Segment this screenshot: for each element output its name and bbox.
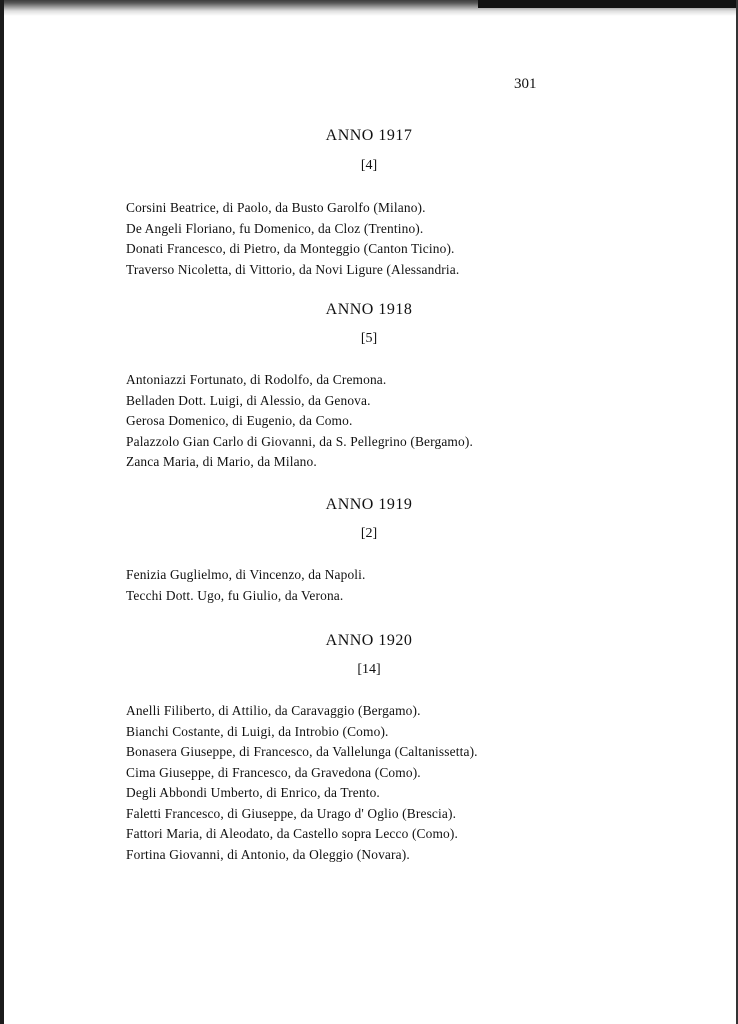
list-item: Zanca Maria, di Mario, da Milano. xyxy=(126,452,473,473)
section-count-1920: [14] xyxy=(0,662,738,678)
entry-list-1918: Antoniazzi Fortunato, di Rodolfo, da Cre… xyxy=(126,370,473,473)
list-item: Palazzolo Gian Carlo di Giovanni, da S. … xyxy=(126,432,473,453)
section-title-1920: ANNO 1920 xyxy=(0,632,738,650)
list-item: Donati Francesco, di Pietro, da Monteggi… xyxy=(126,239,459,260)
list-item: Faletti Francesco, di Giuseppe, da Urago… xyxy=(126,804,478,825)
list-item: Bonasera Giuseppe, di Francesco, da Vall… xyxy=(126,742,478,763)
list-item: Fattori Maria, di Aleodato, da Castello … xyxy=(126,824,478,845)
list-item: Anelli Filiberto, di Attilio, da Caravag… xyxy=(126,701,478,722)
list-item: Tecchi Dott. Ugo, fu Giulio, da Verona. xyxy=(126,586,366,607)
list-item: Belladen Dott. Luigi, di Alessio, da Gen… xyxy=(126,391,473,412)
list-item: Gerosa Domenico, di Eugenio, da Como. xyxy=(126,411,473,432)
entry-list-1919: Fenizia Guglielmo, di Vincenzo, da Napol… xyxy=(126,565,366,606)
section-title-1917: ANNO 1917 xyxy=(0,127,738,145)
list-item: Fortina Giovanni, di Antonio, da Oleggio… xyxy=(126,845,478,866)
section-title-1919: ANNO 1919 xyxy=(0,496,738,514)
section-count-1917: [4] xyxy=(0,158,738,174)
list-item: Antoniazzi Fortunato, di Rodolfo, da Cre… xyxy=(126,370,473,391)
section-title-1918: ANNO 1918 xyxy=(0,301,738,319)
list-item: Degli Abbondi Umberto, di Enrico, da Tre… xyxy=(126,783,478,804)
section-count-1918: [5] xyxy=(0,331,738,347)
entry-list-1917: Corsini Beatrice, di Paolo, da Busto Gar… xyxy=(126,198,459,280)
list-item: Fenizia Guglielmo, di Vincenzo, da Napol… xyxy=(126,565,366,586)
list-item: Corsini Beatrice, di Paolo, da Busto Gar… xyxy=(126,198,459,219)
list-item: Bianchi Costante, di Luigi, da Introbio … xyxy=(126,722,478,743)
list-item: Traverso Nicoletta, di Vittorio, da Novi… xyxy=(126,260,459,281)
list-item: Cima Giuseppe, di Francesco, da Gravedon… xyxy=(126,763,478,784)
section-count-1919: [2] xyxy=(0,526,738,542)
list-item: De Angeli Floriano, fu Domenico, da Cloz… xyxy=(126,219,459,240)
scan-border-top-right xyxy=(478,0,738,8)
page-number: 301 xyxy=(514,76,537,93)
entry-list-1920: Anelli Filiberto, di Attilio, da Caravag… xyxy=(126,701,478,865)
